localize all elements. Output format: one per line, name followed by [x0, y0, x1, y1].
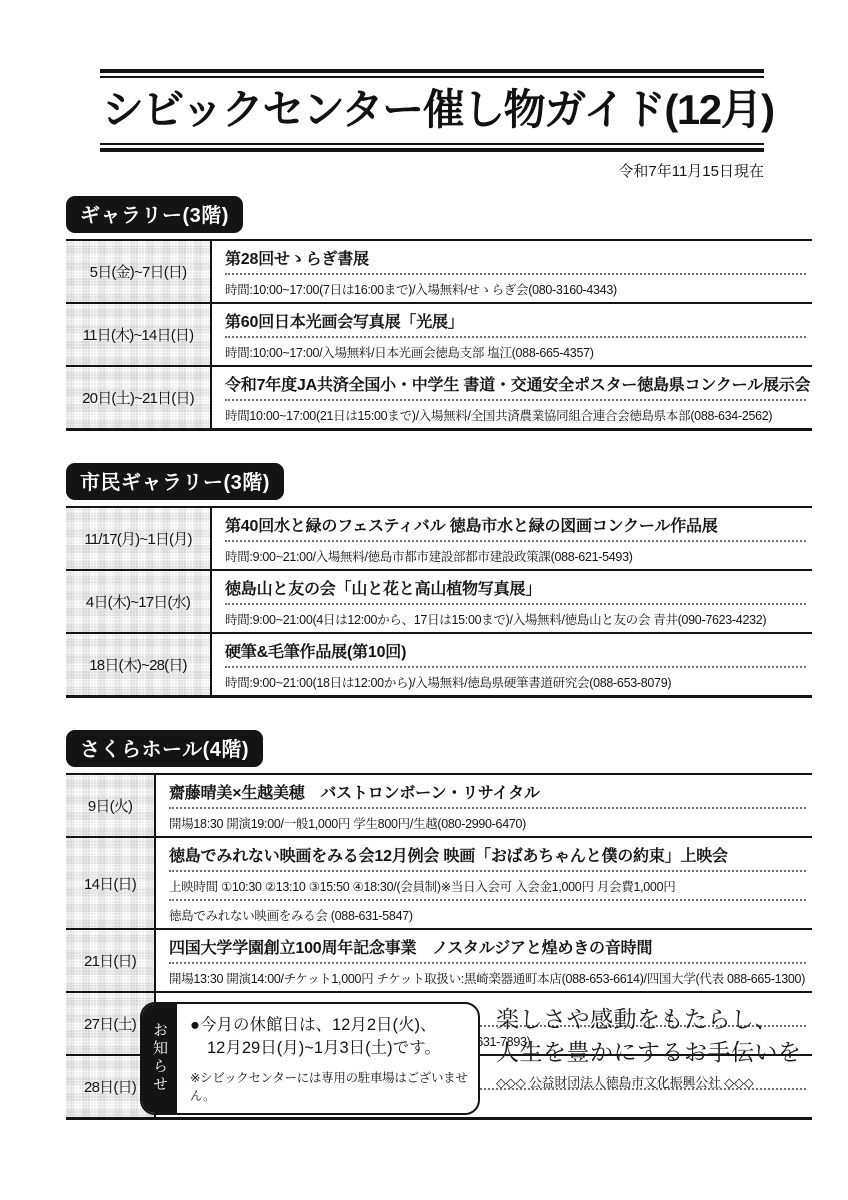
event-date: 5日(金)~7日(日) — [66, 241, 212, 302]
event-cell: 第60回日本光画会写真展「光展」 時間:10:00~17:00/入場無料/日本光… — [212, 304, 812, 365]
rule-line — [100, 148, 764, 152]
event-row: 18日(木)~28(日) 硬筆&毛筆作品展(第10回) 時間:9:00~21:0… — [66, 632, 812, 695]
slogan-credit: ◇◇◇ 公益財団法人徳島市文化振興公社 ◇◇◇ — [496, 1072, 802, 1091]
event-cell: 令和7年度JA共済全国小・中学生 書道・交通安全ポスター徳島県コンクール展示会 … — [212, 367, 812, 428]
event-cell: 徳島でみれない映画をみる会12月例会 映画「おばあちゃんと僕の約束」上映会 上映… — [156, 838, 812, 928]
section-header: さくらホール(4階) — [66, 730, 263, 767]
event-row: 5日(金)~7日(日) 第28回せゝらぎ書展 時間:10:00~17:00(7日… — [66, 241, 812, 302]
event-detail: 上映時間 ①10:30 ②13:10 ③15:50 ④18:30/(会員制)※当… — [169, 870, 806, 899]
event-detail: 開場18:30 開演19:00/一般1,000円 学生800円/生越(080-2… — [169, 807, 806, 836]
event-title: 令和7年度JA共済全国小・中学生 書道・交通安全ポスター徳島県コンクール展示会 — [225, 367, 806, 399]
event-row: 11/17(月)~1日(月) 第40回水と緑のフェスティバル 徳島市水と緑の図画… — [66, 508, 812, 569]
event-table: 11/17(月)~1日(月) 第40回水と緑のフェスティバル 徳島市水と緑の図画… — [66, 506, 812, 698]
event-title: 齋藤晴美×生越美穂 バストロンボーン・リサイタル — [169, 775, 806, 807]
event-detail: 徳島でみれない映画をみる会 (088-631-5847) — [169, 899, 806, 928]
event-cell: 徳島山と友の会「山と花と高山植物写真展」 時間:9:00~21:00(4日は12… — [212, 571, 812, 632]
event-cell: 齋藤晴美×生越美穂 バストロンボーン・リサイタル 開場18:30 開演19:00… — [156, 775, 812, 836]
flyer-page: シビックセンター催し物ガイド(12月) 令和7年11月15日現在 ギャラリー(3… — [0, 0, 848, 1200]
event-row: 11日(木)~14日(日) 第60回日本光画会写真展「光展」 時間:10:00~… — [66, 302, 812, 365]
date-note: 令和7年11月15日現在 — [100, 160, 764, 181]
event-row: 9日(火) 齋藤晴美×生越美穂 バストロンボーン・リサイタル 開場18:30 開… — [66, 775, 812, 836]
footer: お知らせ ●今月の休館日は、12月2日(火)、 12月29日(月)~1月3日(土… — [140, 1002, 812, 1115]
event-date: 14日(日) — [66, 838, 156, 928]
event-detail: 時間:10:00~17:00/入場無料/日本光画会徳島支部 塩江(088-665… — [225, 336, 806, 365]
double-rule-bottom — [100, 143, 764, 152]
event-date: 21日(日) — [66, 930, 156, 991]
double-rule-top — [100, 69, 764, 78]
event-detail: 時間:9:00~21:00/入場無料/徳島市都市建設部都市建設政策課(088-6… — [225, 540, 806, 569]
event-row: 21日(日) 四国大学学園創立100周年記念事業 ノスタルジアと煌めきの音時間 … — [66, 928, 812, 991]
slogan-line: 人生を豊かにするお手伝いを — [496, 1036, 802, 1069]
event-title: 第60回日本光画会写真展「光展」 — [225, 304, 806, 336]
event-detail: 時間:10:00~17:00(7日は16:00まで)/入場無料/せゝらぎ会(08… — [225, 273, 806, 302]
event-table: 5日(金)~7日(日) 第28回せゝらぎ書展 時間:10:00~17:00(7日… — [66, 239, 812, 431]
notice-line: 12月29日(月)~1月3日(土)です。 — [190, 1037, 472, 1060]
slogan-line: 楽しさや感動をもたらし、 — [496, 1003, 802, 1036]
title-block: シビックセンター催し物ガイド(12月) 令和7年11月15日現在 — [100, 69, 764, 181]
event-title: 四国大学学園創立100周年記念事業 ノスタルジアと煌めきの音時間 — [169, 930, 806, 962]
event-date: 11/17(月)~1日(月) — [66, 508, 212, 569]
event-date: 18日(木)~28(日) — [66, 634, 212, 695]
event-row: 20日(土)~21日(日) 令和7年度JA共済全国小・中学生 書道・交通安全ポス… — [66, 365, 812, 428]
event-cell: 四国大学学園創立100周年記念事業 ノスタルジアと煌めきの音時間 開場13:30… — [156, 930, 812, 991]
event-title: 徳島でみれない映画をみる会12月例会 映画「おばあちゃんと僕の約束」上映会 — [169, 838, 806, 870]
event-date: 4日(木)~17日(水) — [66, 571, 212, 632]
event-section: 市民ギャラリー(3階) 11/17(月)~1日(月) 第40回水と緑のフェスティ… — [66, 463, 812, 698]
event-detail: 時間10:00~17:00(21日は15:00まで)/入場無料/全国共済農業協同… — [225, 399, 806, 428]
notice-box: お知らせ ●今月の休館日は、12月2日(火)、 12月29日(月)~1月3日(土… — [140, 1002, 480, 1115]
notice-line: ●今月の休館日は、12月2日(火)、 — [190, 1014, 472, 1037]
event-title: 第40回水と緑のフェスティバル 徳島市水と緑の図画コンクール作品展 — [225, 508, 806, 540]
event-cell: 硬筆&毛筆作品展(第10回) 時間:9:00~21:00(18日は12:00から… — [212, 634, 812, 695]
event-date: 11日(木)~14日(日) — [66, 304, 212, 365]
event-title: 徳島山と友の会「山と花と高山植物写真展」 — [225, 571, 806, 603]
notice-tab-label: お知らせ — [142, 1004, 177, 1113]
notice-content: ●今月の休館日は、12月2日(火)、 12月29日(月)~1月3日(土)です。 … — [177, 1004, 478, 1113]
event-cell: 第28回せゝらぎ書展 時間:10:00~17:00(7日は16:00まで)/入場… — [212, 241, 812, 302]
section-header: ギャラリー(3階) — [66, 196, 243, 233]
notice-line: ※シビックセンターには専用の駐車場はございません。 — [190, 1068, 472, 1104]
event-date: 20日(土)~21日(日) — [66, 367, 212, 428]
event-detail: 時間:9:00~21:00(18日は12:00から)/入場無料/徳島県硬筆書道研… — [225, 666, 806, 695]
event-cell: 第40回水と緑のフェスティバル 徳島市水と緑の図画コンクール作品展 時間:9:0… — [212, 508, 812, 569]
event-row: 14日(日) 徳島でみれない映画をみる会12月例会 映画「おばあちゃんと僕の約束… — [66, 836, 812, 928]
event-section: ギャラリー(3階) 5日(金)~7日(日) 第28回せゝらぎ書展 時間:10:0… — [66, 196, 812, 431]
event-detail: 開場13:30 開演14:00/チケット1,000円 チケット取扱い:黒崎楽器通… — [169, 962, 806, 991]
section-header: 市民ギャラリー(3階) — [66, 463, 284, 500]
event-title: 硬筆&毛筆作品展(第10回) — [225, 634, 806, 666]
page-title: シビックセンター催し物ガイド(12月) — [100, 78, 764, 143]
slogan-block: 楽しさや感動をもたらし、 人生を豊かにするお手伝いを ◇◇◇ 公益財団法人徳島市… — [496, 1002, 802, 1091]
event-detail: 時間:9:00~21:00(4日は12:00から、17日は15:00まで)/入場… — [225, 603, 806, 632]
event-date: 9日(火) — [66, 775, 156, 836]
event-title: 第28回せゝらぎ書展 — [225, 241, 806, 273]
event-row: 4日(木)~17日(水) 徳島山と友の会「山と花と高山植物写真展」 時間:9:0… — [66, 569, 812, 632]
